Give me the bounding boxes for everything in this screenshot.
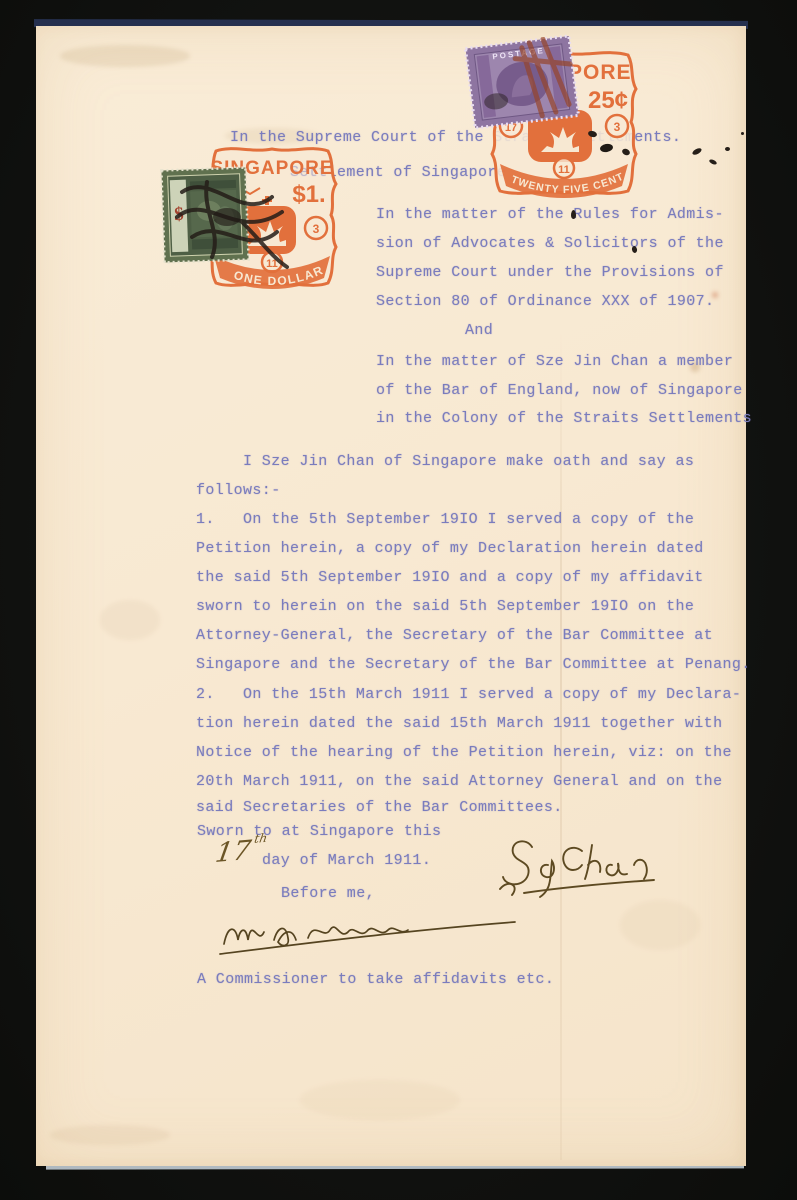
body-line: 1. On the 5th September 19IO I served a …: [196, 510, 694, 530]
purple-postage-stamp: POSTAGE: [463, 34, 580, 131]
cents-stamp-circle-bottom: 11: [558, 164, 570, 176]
body-line: Attorney-General, the Secretary of the B…: [196, 626, 713, 646]
stain: [50, 1125, 170, 1145]
ink-cancellation-marks: [152, 162, 302, 282]
ink-spot: [571, 210, 576, 219]
body-line: 20th March 1911, on the said Attorney Ge…: [196, 772, 722, 792]
body-line: follows:-: [196, 481, 281, 501]
matter-line: In the matter of Sze Jin Chan a member: [376, 352, 733, 372]
matter-line: Section 80 of Ordinance XXX of 1907.: [376, 292, 714, 312]
matter-line: in the Colony of the Straits Settlements: [376, 409, 752, 429]
body-line: Singapore and the Secretary of the Bar C…: [196, 655, 751, 675]
cents-stamp-value: 25¢: [588, 87, 628, 114]
body-line: tion herein dated the said 15th March 19…: [196, 714, 722, 734]
body-line: the said 5th September 19IO and a copy o…: [196, 568, 704, 588]
deponent-signature: [490, 825, 670, 910]
date-typed-line: day of March 1911.: [262, 851, 431, 871]
handwritten-date: 17th: [213, 834, 266, 869]
commissioner-signature: [210, 900, 530, 962]
dollar-stamp-circle-right: 3: [313, 222, 320, 236]
body-opening-line: I Sze Jin Chan of Singapore make oath an…: [243, 452, 694, 472]
photograph-background: In the Supreme Court of the Straits Sett…: [0, 0, 797, 1200]
handwritten-day: 17: [213, 835, 253, 869]
ink-spot: [741, 132, 744, 135]
stain: [60, 45, 190, 67]
body-line: sworn to herein on the said 5th Septembe…: [196, 597, 694, 617]
stain: [300, 1080, 460, 1120]
stain: [100, 600, 160, 640]
matter-line: Supreme Court under the Provisions of: [376, 263, 724, 283]
handwritten-ordinal: th: [253, 831, 268, 846]
cents-stamp-circle-right: 3: [614, 120, 621, 134]
body-line: Petition herein, a copy of my Declaratio…: [196, 539, 704, 559]
and-label: And: [465, 321, 493, 341]
body-line: Notice of the hearing of the Petition he…: [196, 743, 732, 763]
commissioner-line: A Commissioner to take affidavits etc.: [197, 970, 554, 990]
matter-line: sion of Advocates & Solicitors of the: [376, 234, 724, 254]
body-line: 2. On the 15th March 1911 I served a cop…: [196, 685, 741, 705]
ink-spot: [725, 147, 730, 151]
matter-line: of the Bar of England, now of Singapore: [376, 381, 743, 401]
body-line: said Secretaries of the Bar Committees.: [196, 798, 563, 818]
